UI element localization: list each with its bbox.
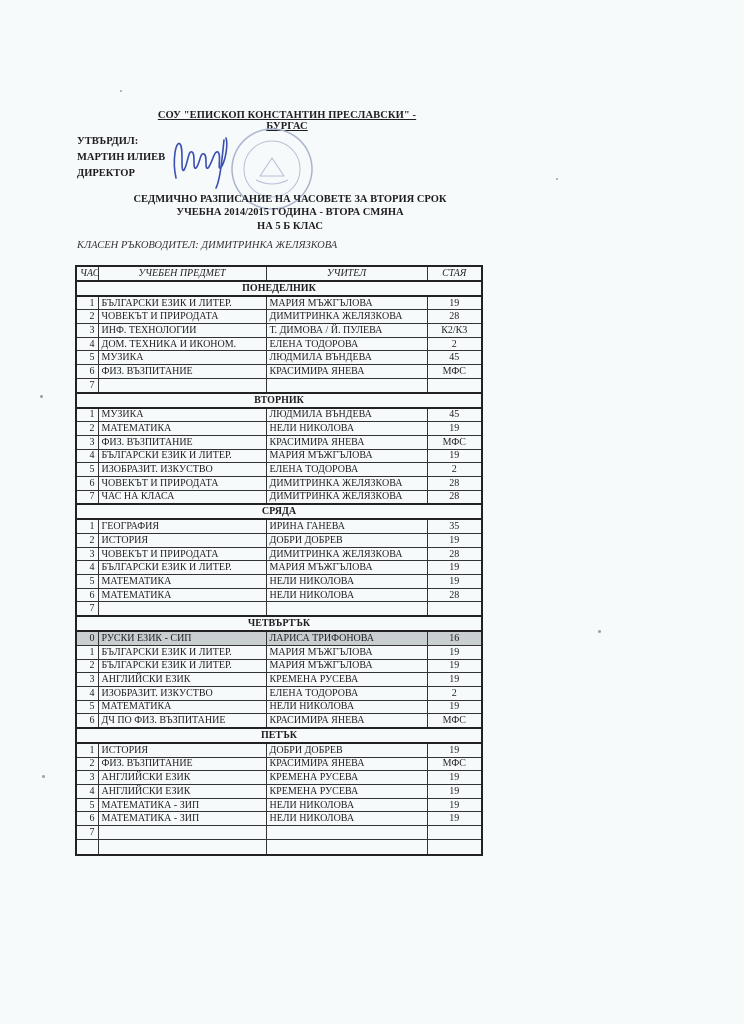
room-cell: 2 — [427, 337, 482, 351]
room-cell: 19 — [427, 771, 482, 785]
subject-cell — [98, 826, 266, 840]
hour-cell: 2 — [76, 422, 98, 436]
subject-cell: ГЕОГРАФИЯ — [98, 519, 266, 533]
room-cell: 19 — [427, 700, 482, 714]
hour-cell: 5 — [76, 575, 98, 589]
room-cell: 19 — [427, 798, 482, 812]
hour-cell: 4 — [76, 785, 98, 799]
hour-cell: 5 — [76, 463, 98, 477]
room-cell: 28 — [427, 476, 482, 490]
subject-cell: МУЗИКА — [98, 351, 266, 365]
hour-cell: 6 — [76, 365, 98, 379]
subject-cell: МАТЕМАТИКА — [98, 700, 266, 714]
table-row: 5МАТЕМАТИКА - ЗИПНЕЛИ НИКОЛОВА19 — [76, 798, 482, 812]
teacher-cell: НЕЛИ НИКОЛОВА — [266, 575, 427, 589]
room-cell: К2/К3 — [427, 324, 482, 338]
teacher-cell: НЕЛИ НИКОЛОВА — [266, 798, 427, 812]
subject-cell — [98, 378, 266, 392]
table-row: 1ГЕОГРАФИЯИРИНА ГАНЕВА35 — [76, 519, 482, 533]
teacher-cell: НЕЛИ НИКОЛОВА — [266, 422, 427, 436]
subject-cell: БЪЛГАРСКИ ЕЗИК И ЛИТЕР. — [98, 645, 266, 659]
teacher-cell: ДИМИТРИНКА ЖЕЛЯЗКОВА — [266, 490, 427, 504]
hour-cell — [76, 839, 98, 855]
table-row: 2ИСТОРИЯДОБРИ ДОБРЕВ19 — [76, 534, 482, 548]
teacher-cell: КРАСИМИРА ЯНЕВА — [266, 365, 427, 379]
table-row: 1МУЗИКАЛЮДМИЛА ВЪНДЕВА45 — [76, 408, 482, 422]
table-row: 2БЪЛГАРСКИ ЕЗИК И ЛИТЕР.МАРИЯ МЪЖГЪЛОВА1… — [76, 659, 482, 673]
col-header-teacher: УЧИТЕЛ — [266, 266, 427, 281]
table-row — [76, 839, 482, 855]
day-header-row: СРЯДА — [76, 504, 482, 519]
title-line-3: НА 5 Б КЛАС — [115, 220, 465, 233]
room-cell: 19 — [427, 785, 482, 799]
table-row: 6МАТЕМАТИКА - ЗИПНЕЛИ НИКОЛОВА19 — [76, 812, 482, 826]
table-row: 7 — [76, 826, 482, 840]
hour-cell: 4 — [76, 686, 98, 700]
room-cell: МФС — [427, 757, 482, 771]
schedule-title: СЕДМИЧНО РАЗПИСАНИЕ НА ЧАСОВЕТЕ ЗА ВТОРИ… — [115, 193, 465, 233]
approved-label: УТВЪРДИЛ: — [77, 134, 165, 150]
subject-cell: РУСКИ ЕЗИК - СИП — [98, 631, 266, 645]
room-cell: 19 — [427, 296, 482, 310]
room-cell — [427, 839, 482, 855]
hour-cell: 2 — [76, 310, 98, 324]
hour-cell: 4 — [76, 337, 98, 351]
room-cell: МФС — [427, 435, 482, 449]
room-cell: 2 — [427, 686, 482, 700]
table-row: 7 — [76, 602, 482, 616]
teacher-cell: КРАСИМИРА ЯНЕВА — [266, 435, 427, 449]
subject-cell: ИЗОБРАЗИТ. ИЗКУСТВО — [98, 463, 266, 477]
hour-cell: 3 — [76, 673, 98, 687]
teacher-cell: НЕЛИ НИКОЛОВА — [266, 812, 427, 826]
room-cell: 19 — [427, 449, 482, 463]
teacher-cell: КРАСИМИРА ЯНЕВА — [266, 714, 427, 728]
table-row: 4АНГЛИЙСКИ ЕЗИККРЕМЕНА РУСЕВА19 — [76, 785, 482, 799]
hour-cell: 7 — [76, 490, 98, 504]
table-row: 6ФИЗ. ВЪЗПИТАНИЕКРАСИМИРА ЯНЕВАМФС — [76, 365, 482, 379]
subject-cell: АНГЛИЙСКИ ЕЗИК — [98, 785, 266, 799]
table-row: 5МАТЕМАТИКАНЕЛИ НИКОЛОВА19 — [76, 575, 482, 589]
hour-cell: 7 — [76, 826, 98, 840]
table-row: 3ЧОВЕКЪТ И ПРИРОДАТАДИМИТРИНКА ЖЕЛЯЗКОВА… — [76, 547, 482, 561]
room-cell: 19 — [427, 645, 482, 659]
room-cell — [427, 826, 482, 840]
hour-cell: 5 — [76, 798, 98, 812]
table-row: 3АНГЛИЙСКИ ЕЗИККРЕМЕНА РУСЕВА19 — [76, 673, 482, 687]
teacher-cell: ЛЮДМИЛА ВЪНДЕВА — [266, 351, 427, 365]
table-row: 5ИЗОБРАЗИТ. ИЗКУСТВОЕЛЕНА ТОДОРОВА2 — [76, 463, 482, 477]
teacher-cell: ДОБРИ ДОБРЕВ — [266, 743, 427, 757]
table-row: 4БЪЛГАРСКИ ЕЗИК И ЛИТЕР.МАРИЯ МЪЖГЪЛОВА1… — [76, 449, 482, 463]
subject-cell — [98, 839, 266, 855]
subject-cell: МАТЕМАТИКА - ЗИП — [98, 798, 266, 812]
table-row: 2ФИЗ. ВЪЗПИТАНИЕКРАСИМИРА ЯНЕВАМФС — [76, 757, 482, 771]
subject-cell: ДОМ. ТЕХНИКА И ИКОНОМ. — [98, 337, 266, 351]
approval-block: УТВЪРДИЛ: МАРТИН ИЛИЕВ ДИРЕКТОР — [77, 134, 165, 182]
teacher-cell: ДИМИТРИНКА ЖЕЛЯЗКОВА — [266, 547, 427, 561]
hour-cell: 1 — [76, 519, 98, 533]
subject-cell: МАТЕМАТИКА — [98, 588, 266, 602]
table-row: 2МАТЕМАТИКАНЕЛИ НИКОЛОВА19 — [76, 422, 482, 436]
hour-cell: 7 — [76, 378, 98, 392]
table-row: 2ЧОВЕКЪТ И ПРИРОДАТАДИМИТРИНКА ЖЕЛЯЗКОВА… — [76, 310, 482, 324]
table-row: 5МАТЕМАТИКАНЕЛИ НИКОЛОВА19 — [76, 700, 482, 714]
teacher-cell: КРЕМЕНА РУСЕВА — [266, 673, 427, 687]
subject-cell: ИЗОБРАЗИТ. ИЗКУСТВО — [98, 686, 266, 700]
room-cell: МФС — [427, 714, 482, 728]
subject-cell: БЪЛГАРСКИ ЕЗИК И ЛИТЕР. — [98, 659, 266, 673]
room-cell: 19 — [427, 812, 482, 826]
day-name: СРЯДА — [76, 504, 482, 519]
room-cell: 28 — [427, 547, 482, 561]
subject-cell: ФИЗ. ВЪЗПИТАНИЕ — [98, 365, 266, 379]
room-cell: 45 — [427, 351, 482, 365]
table-row: 4ДОМ. ТЕХНИКА И ИКОНОМ.ЕЛЕНА ТОДОРОВА2 — [76, 337, 482, 351]
table-row: 6ЧОВЕКЪТ И ПРИРОДАТАДИМИТРИНКА ЖЕЛЯЗКОВА… — [76, 476, 482, 490]
room-cell: 19 — [427, 534, 482, 548]
room-cell: МФС — [427, 365, 482, 379]
teacher-cell: Т. ДИМОВА / Й. ПУЛЕВА — [266, 324, 427, 338]
subject-cell — [98, 602, 266, 616]
table-row: 6МАТЕМАТИКАНЕЛИ НИКОЛОВА28 — [76, 588, 482, 602]
table-row: 3ИНФ. ТЕХНОЛОГИИТ. ДИМОВА / Й. ПУЛЕВАК2/… — [76, 324, 482, 338]
hour-cell: 6 — [76, 812, 98, 826]
hour-cell: 4 — [76, 449, 98, 463]
room-cell — [427, 602, 482, 616]
subject-cell: ДЧ ПО ФИЗ. ВЪЗПИТАНИЕ — [98, 714, 266, 728]
subject-cell: АНГЛИЙСКИ ЕЗИК — [98, 771, 266, 785]
director-title: ДИРЕКТОР — [77, 166, 165, 182]
teacher-cell: МАРИЯ МЪЖГЪЛОВА — [266, 645, 427, 659]
teacher-cell — [266, 839, 427, 855]
subject-cell: ЧОВЕКЪТ И ПРИРОДАТА — [98, 310, 266, 324]
subject-cell: МАТЕМАТИКА - ЗИП — [98, 812, 266, 826]
room-cell: 2 — [427, 463, 482, 477]
schedule-body: ПОНЕДЕЛНИК1БЪЛГАРСКИ ЕЗИК И ЛИТЕР.МАРИЯ … — [76, 281, 482, 855]
hour-cell: 3 — [76, 547, 98, 561]
room-cell: 16 — [427, 631, 482, 645]
table-row: 3АНГЛИЙСКИ ЕЗИККРЕМЕНА РУСЕВА19 — [76, 771, 482, 785]
class-teacher: КЛАСЕН РЪКОВОДИТЕЛ: ДИМИТРИНКА ЖЕЛЯЗКОВА — [77, 240, 337, 251]
title-line-1: СЕДМИЧНО РАЗПИСАНИЕ НА ЧАСОВЕТЕ ЗА ВТОРИ… — [115, 193, 465, 206]
table-row: 6ДЧ ПО ФИЗ. ВЪЗПИТАНИЕКРАСИМИРА ЯНЕВАМФС — [76, 714, 482, 728]
teacher-cell: КРЕМЕНА РУСЕВА — [266, 785, 427, 799]
teacher-cell: НЕЛИ НИКОЛОВА — [266, 588, 427, 602]
teacher-cell: МАРИЯ МЪЖГЪЛОВА — [266, 296, 427, 310]
table-row: 4БЪЛГАРСКИ ЕЗИК И ЛИТЕР.МАРИЯ МЪЖГЪЛОВА1… — [76, 561, 482, 575]
teacher-cell — [266, 826, 427, 840]
room-cell: 19 — [427, 561, 482, 575]
teacher-cell: ДИМИТРИНКА ЖЕЛЯЗКОВА — [266, 476, 427, 490]
teacher-cell: ЛЮДМИЛА ВЪНДЕВА — [266, 408, 427, 422]
room-cell: 19 — [427, 422, 482, 436]
day-name: ПЕТЪК — [76, 728, 482, 743]
hour-cell: 0 — [76, 631, 98, 645]
subject-cell: ЧАС НА КЛАСА — [98, 490, 266, 504]
hour-cell: 7 — [76, 602, 98, 616]
teacher-cell: ДОБРИ ДОБРЕВ — [266, 534, 427, 548]
day-header-row: ПЕТЪК — [76, 728, 482, 743]
room-cell: 19 — [427, 659, 482, 673]
subject-cell: ИСТОРИЯ — [98, 743, 266, 757]
subject-cell: ФИЗ. ВЪЗПИТАНИЕ — [98, 757, 266, 771]
room-cell: 28 — [427, 490, 482, 504]
hour-cell: 2 — [76, 659, 98, 673]
day-name: ЧЕТВЪРТЪК — [76, 616, 482, 631]
hour-cell: 3 — [76, 435, 98, 449]
room-cell: 35 — [427, 519, 482, 533]
day-header-row: ЧЕТВЪРТЪК — [76, 616, 482, 631]
subject-cell: БЪЛГАРСКИ ЕЗИК И ЛИТЕР. — [98, 296, 266, 310]
room-cell: 45 — [427, 408, 482, 422]
table-row: 7ЧАС НА КЛАСАДИМИТРИНКА ЖЕЛЯЗКОВА28 — [76, 490, 482, 504]
hour-cell: 4 — [76, 561, 98, 575]
subject-cell: ИНФ. ТЕХНОЛОГИИ — [98, 324, 266, 338]
table-row: 7 — [76, 378, 482, 392]
teacher-cell — [266, 602, 427, 616]
room-cell: 28 — [427, 588, 482, 602]
schedule-table: ЧАС УЧЕБЕН ПРЕДМЕТ УЧИТЕЛ СТАЯ ПОНЕДЕЛНИ… — [75, 265, 483, 856]
teacher-cell: ЕЛЕНА ТОДОРОВА — [266, 337, 427, 351]
teacher-cell: ИРИНА ГАНЕВА — [266, 519, 427, 533]
subject-cell: ЧОВЕКЪТ И ПРИРОДАТА — [98, 547, 266, 561]
subject-cell: ФИЗ. ВЪЗПИТАНИЕ — [98, 435, 266, 449]
table-row: 1БЪЛГАРСКИ ЕЗИК И ЛИТЕР.МАРИЯ МЪЖГЪЛОВА1… — [76, 296, 482, 310]
table-row: 0РУСКИ ЕЗИК - СИПЛАРИСА ТРИФОНОВА16 — [76, 631, 482, 645]
col-header-hour: ЧАС — [76, 266, 98, 281]
hour-cell: 3 — [76, 771, 98, 785]
col-header-subject: УЧЕБЕН ПРЕДМЕТ — [98, 266, 266, 281]
subject-cell: МУЗИКА — [98, 408, 266, 422]
day-header-row: ВТОРНИК — [76, 393, 482, 408]
hour-cell: 2 — [76, 757, 98, 771]
table-row: 1ИСТОРИЯДОБРИ ДОБРЕВ19 — [76, 743, 482, 757]
subject-cell: МАТЕМАТИКА — [98, 575, 266, 589]
col-header-room: СТАЯ — [427, 266, 482, 281]
teacher-cell: ЕЛЕНА ТОДОРОВА — [266, 686, 427, 700]
director-name: МАРТИН ИЛИЕВ — [77, 150, 165, 166]
hour-cell: 5 — [76, 351, 98, 365]
table-row: 5МУЗИКАЛЮДМИЛА ВЪНДЕВА45 — [76, 351, 482, 365]
teacher-cell: НЕЛИ НИКОЛОВА — [266, 700, 427, 714]
day-name: ВТОРНИК — [76, 393, 482, 408]
room-cell: 28 — [427, 310, 482, 324]
hour-cell: 6 — [76, 588, 98, 602]
teacher-cell: КРАСИМИРА ЯНЕВА — [266, 757, 427, 771]
table-header-row: ЧАС УЧЕБЕН ПРЕДМЕТ УЧИТЕЛ СТАЯ — [76, 266, 482, 281]
hour-cell: 1 — [76, 296, 98, 310]
subject-cell: АНГЛИЙСКИ ЕЗИК — [98, 673, 266, 687]
hour-cell: 6 — [76, 714, 98, 728]
teacher-cell — [266, 378, 427, 392]
day-header-row: ПОНЕДЕЛНИК — [76, 281, 482, 296]
teacher-cell: ЕЛЕНА ТОДОРОВА — [266, 463, 427, 477]
subject-cell: ИСТОРИЯ — [98, 534, 266, 548]
room-cell: 19 — [427, 743, 482, 757]
title-line-2: УЧЕБНА 2014/2015 ГОДИНА - ВТОРА СМЯНА — [115, 206, 465, 219]
subject-cell: БЪЛГАРСКИ ЕЗИК И ЛИТЕР. — [98, 449, 266, 463]
teacher-cell: МАРИЯ МЪЖГЪЛОВА — [266, 449, 427, 463]
hour-cell: 5 — [76, 700, 98, 714]
hour-cell: 1 — [76, 743, 98, 757]
table-row: 4ИЗОБРАЗИТ. ИЗКУСТВОЕЛЕНА ТОДОРОВА2 — [76, 686, 482, 700]
hour-cell: 6 — [76, 476, 98, 490]
teacher-cell: МАРИЯ МЪЖГЪЛОВА — [266, 659, 427, 673]
day-name: ПОНЕДЕЛНИК — [76, 281, 482, 296]
hour-cell: 3 — [76, 324, 98, 338]
teacher-cell: ДИМИТРИНКА ЖЕЛЯЗКОВА — [266, 310, 427, 324]
hour-cell: 1 — [76, 408, 98, 422]
signature-icon — [170, 130, 250, 190]
table-row: 1БЪЛГАРСКИ ЕЗИК И ЛИТЕР.МАРИЯ МЪЖГЪЛОВА1… — [76, 645, 482, 659]
subject-cell: БЪЛГАРСКИ ЕЗИК И ЛИТЕР. — [98, 561, 266, 575]
teacher-cell: КРЕМЕНА РУСЕВА — [266, 771, 427, 785]
hour-cell: 1 — [76, 645, 98, 659]
hour-cell: 2 — [76, 534, 98, 548]
teacher-cell: МАРИЯ МЪЖГЪЛОВА — [266, 561, 427, 575]
teacher-cell: ЛАРИСА ТРИФОНОВА — [266, 631, 427, 645]
table-row: 3ФИЗ. ВЪЗПИТАНИЕКРАСИМИРА ЯНЕВАМФС — [76, 435, 482, 449]
room-cell: 19 — [427, 575, 482, 589]
subject-cell: МАТЕМАТИКА — [98, 422, 266, 436]
room-cell — [427, 378, 482, 392]
subject-cell: ЧОВЕКЪТ И ПРИРОДАТА — [98, 476, 266, 490]
room-cell: 19 — [427, 673, 482, 687]
